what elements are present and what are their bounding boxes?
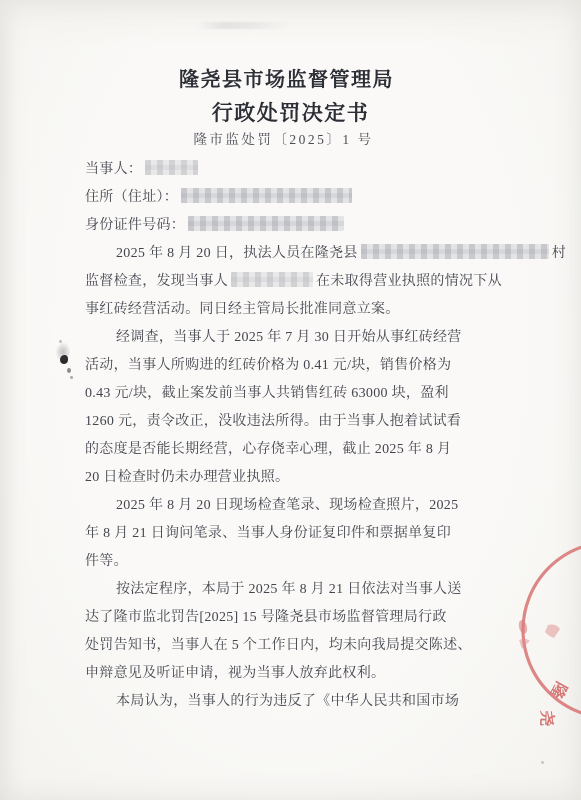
ink-speck [67, 368, 71, 373]
redaction-box [181, 188, 352, 203]
text-line: 身份证件号码： [85, 212, 501, 240]
agency-title: 隆尧县市场监督管理局 [0, 64, 573, 96]
redaction-box [145, 160, 198, 175]
ink-speck [70, 376, 73, 379]
text-line: 件等。 [85, 548, 501, 576]
ink-blot [54, 338, 76, 382]
text-line: 2025 年 8 月 20 日现场检查笔录、现场检查照片，2025 [85, 492, 501, 520]
text-segment: 20 日检查时仍未办理营业执照。 [85, 470, 289, 485]
scan-speck [541, 761, 544, 764]
text-segment: 2025 年 8 月 20 日，执法人员在隆尧县 [116, 246, 358, 261]
text-line: 2025 年 8 月 20 日，执法人员在隆尧县村 [85, 240, 581, 268]
seal-text: 隆尧县市场监督管理局 [536, 673, 581, 735]
scanned-document-page: 隆尧县市场监督管理局 行政处罚决定书 隆市监处罚〔2025〕1 号 当事人：住所… [0, 0, 581, 800]
text-segment: 身份证件号码： [85, 218, 185, 233]
text-line: 按法定程序，本局于 2025 年 8 月 21 日依法对当事人送 [85, 576, 501, 604]
text-segment: 达了隆市监北罚告[2025] 15 号隆尧县市场监督管理局行政 [85, 610, 447, 625]
text-segment: 事红砖经营活动。同日经主管局长批准同意立案。 [85, 302, 400, 317]
scan-smudge [196, 22, 290, 29]
text-line: 活动，当事人所购进的红砖价格为 0.41 元/块，销售价格为 [85, 352, 501, 380]
text-segment: 活动，当事人所购进的红砖价格为 0.41 元/块，销售价格为 [85, 358, 451, 373]
text-segment: 当事人： [85, 162, 142, 177]
text-line: 申辩意见及听证申请，视为当事人放弃此权利。 [85, 660, 501, 688]
text-segment: 住所（住址）： [85, 190, 178, 205]
text-segment: 处罚告知书，当事人在 5 个工作日内，均未向我局提交陈述、 [85, 638, 472, 653]
text-line: 0.43 元/块，截止案发前当事人共销售红砖 63000 块，盈利 [85, 380, 501, 408]
text-line: 处罚告知书，当事人在 5 个工作日内，均未向我局提交陈述、 [85, 632, 501, 660]
document-title: 行政处罚决定书 [0, 96, 581, 130]
text-segment: 0.43 元/块，截止案发前当事人共销售红砖 63000 块，盈利 [85, 386, 449, 401]
text-segment: 按法定程序，本局于 2025 年 8 月 21 日依法对当事人送 [116, 582, 462, 597]
ink-blot-core [60, 355, 68, 364]
text-line: 经调查，当事人于 2025 年 7 月 30 日开始从事红砖经营 [85, 324, 501, 352]
text-line: 监督检查，发现当事人在未取得营业执照的情况下从 [85, 268, 501, 296]
redaction-box [231, 272, 313, 287]
text-line: 本局认为，当事人的行为违反了《中华人民共和国市场 [85, 688, 501, 716]
text-segment: 村 [552, 246, 566, 261]
text-segment: 年 8 月 21 日询问笔录、当事人身份证复印件和票据单复印 [85, 526, 451, 541]
seal-smudge [517, 619, 528, 635]
text-line: 的态度是否能长期经营，心存侥幸心理，截止 2025 年 8 月 [85, 436, 501, 464]
ink-speck [59, 340, 62, 343]
text-segment: 本局认为，当事人的行为违反了《中华人民共和国市场 [116, 694, 459, 709]
text-segment: 申辩意见及听证申请，视为当事人放弃此权利。 [85, 666, 385, 681]
text-segment: 在未取得营业执照的情况下从 [316, 274, 502, 289]
text-line: 20 日检查时仍未办理营业执照。 [85, 464, 501, 492]
text-line: 当事人： [85, 156, 501, 184]
redaction-box [361, 244, 549, 259]
official-seal: 隆尧县市场监督管理局 [498, 525, 581, 735]
text-segment: 经调查，当事人于 2025 年 7 月 30 日开始从事红砖经营 [116, 330, 462, 345]
text-line: 年 8 月 21 日询问笔录、当事人身份证复印件和票据单复印 [85, 520, 501, 548]
seal-smudge [545, 625, 560, 639]
text-segment: 的态度是否能长期经营，心存侥幸心理，截止 2025 年 8 月 [85, 442, 451, 457]
text-line: 住所（住址）： [85, 184, 501, 212]
text-line: 事红砖经营活动。同日经主管局长批准同意立案。 [85, 296, 501, 324]
text-segment: 1260 元，责令改正，没收违法所得。由于当事人抱着试试看 [85, 414, 461, 429]
text-segment: 2025 年 8 月 20 日现场检查笔录、现场检查照片，2025 [116, 498, 458, 513]
document-number: 隆市监处罚〔2025〕1 号 [0, 129, 567, 151]
text-segment: 监督检查，发现当事人 [85, 274, 228, 289]
text-segment: 件等。 [85, 554, 128, 569]
text-line: 1260 元，责令改正，没收违法所得。由于当事人抱着试试看 [85, 408, 501, 436]
redaction-box [188, 216, 344, 231]
text-line: 达了隆市监北罚告[2025] 15 号隆尧县市场监督管理局行政 [85, 604, 501, 632]
